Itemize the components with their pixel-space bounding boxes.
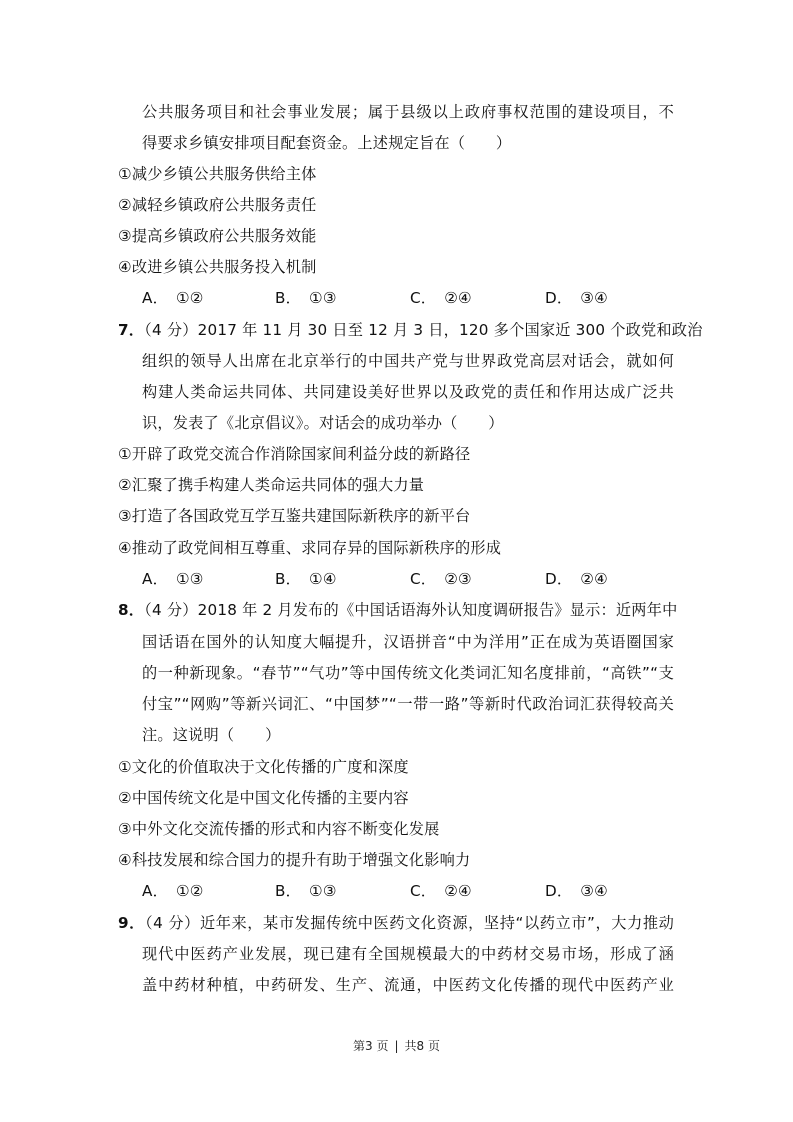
q8-option-2: ②中国传统文化是中国文化传播的主要内容	[118, 783, 409, 814]
total-pages: 共8 页	[405, 1039, 440, 1053]
q7-option-4: ④推动了政党间相互尊重、求同存异的国际新秩序的形成	[118, 533, 501, 564]
q6-choice-c: C．②④	[410, 283, 472, 314]
q6-choices: A．①② B．①③ C．②④ D．③④	[142, 283, 682, 314]
q7-stem-first-line: 7．（4 分）2017 年 11 月 30 日至 12 月 3 日，120 多个…	[118, 315, 674, 346]
q6-text-line: 公共服务项目和社会事业发展；属于县级以上政府事权范围的建设项目，不	[142, 97, 674, 128]
question-score: （4 分）	[144, 321, 197, 339]
question-number: 9．	[118, 914, 145, 932]
q7-choices: A．①③ B．①④ C．②③ D．②④	[142, 564, 682, 595]
q6-option-1: ①减少乡镇公共服务供给主体	[118, 159, 316, 190]
q8-stem-first-line: 8．（4 分）2018 年 2 月发布的《中国话语海外认知度调研报告》显示：近两…	[118, 595, 674, 626]
q7-option-2: ②汇聚了携手构建人类命运共同体的强大力量	[118, 470, 424, 501]
q9-text-line: 盖中药材种植，中药研发、生产、流通，中医药文化传播的现代中医药产业	[142, 970, 674, 1001]
q7-option-1: ①开辟了政党交流合作消除国家间利益分歧的新路径	[118, 439, 470, 470]
page-separator: |	[394, 1039, 398, 1053]
q6-choice-b: B．①③	[275, 283, 337, 314]
q9-text-line: 现代中医药产业发展，现已建有全国规模最大的中药材交易市场，形成了涵	[142, 939, 674, 970]
q6-option-3: ③提高乡镇政府公共服务效能	[118, 221, 316, 252]
q8-option-4: ④科技发展和综合国力的提升有助于增强文化影响力	[118, 845, 470, 876]
q8-text-line: 注。这说明（ ）	[142, 720, 674, 751]
q7-text-line: 识，发表了《北京倡议》。对话会的成功举办（ ）	[142, 408, 674, 439]
question-number: 7．	[118, 321, 144, 339]
q8-choice-c: C．②④	[410, 876, 472, 907]
q6-option-2: ②减轻乡镇政府公共服务责任	[118, 190, 316, 221]
q8-choice-b: B．①③	[275, 876, 337, 907]
q8-text-line: 的一种新现象。“春节”“气功”等中国传统文化类词汇知名度排前，“高铁”“支	[142, 658, 674, 689]
question-score: （4 分）	[144, 601, 197, 619]
q6-option-4: ④改进乡镇公共服务投入机制	[118, 252, 316, 283]
q7-text-line: 组织的领导人出席在北京举行的中国共产党与世界政党高层对话会，就如何	[142, 346, 674, 377]
q8-choice-a: A．①②	[142, 876, 204, 907]
q7-choice-a: A．①③	[142, 564, 204, 595]
q8-option-1: ①文化的价值取决于文化传播的广度和深度	[118, 752, 409, 783]
q7-text-line: 构建人类命运共同体、共同建设美好世界以及政党的责任和作用达成广泛共	[142, 377, 674, 408]
q8-choice-d: D．③④	[545, 876, 608, 907]
q6-choice-d: D．③④	[545, 283, 608, 314]
q9-stem-first-line: 9．（4 分）近年来，某市发掘传统中医药文化资源，坚持“以药立市”，大力推动	[118, 908, 674, 939]
q8-text-line: 付宝”“网购”等新兴词汇、“中国梦”“一带一路”等新时代政治词汇获得较高关	[142, 689, 674, 720]
q8-text-line: 国话语在国外的认知度大幅提升，汉语拼音“中为洋用”正在成为英语圈国家	[142, 627, 674, 658]
exam-page: 公共服务项目和社会事业发展；属于县级以上政府事权范围的建设项目，不 得要求乡镇安…	[0, 0, 793, 1122]
page-footer: 第3 页|共8 页	[0, 1037, 793, 1054]
question-score: （4 分）	[145, 914, 200, 932]
q8-option-3: ③中外文化交流传播的形式和内容不断变化发展	[118, 814, 440, 845]
q7-option-3: ③打造了各国政党互学互鉴共建国际新秩序的新平台	[118, 501, 470, 532]
q6-choice-a: A．①②	[142, 283, 204, 314]
q8-choices: A．①② B．①③ C．②④ D．③④	[142, 876, 682, 907]
q7-choice-c: C．②③	[410, 564, 472, 595]
question-number: 8．	[118, 601, 144, 619]
current-page: 第3 页	[353, 1039, 388, 1053]
q7-choice-b: B．①④	[275, 564, 337, 595]
q7-choice-d: D．②④	[545, 564, 608, 595]
q6-text-line: 得要求乡镇安排项目配套资金。上述规定旨在（ ）	[142, 128, 674, 159]
